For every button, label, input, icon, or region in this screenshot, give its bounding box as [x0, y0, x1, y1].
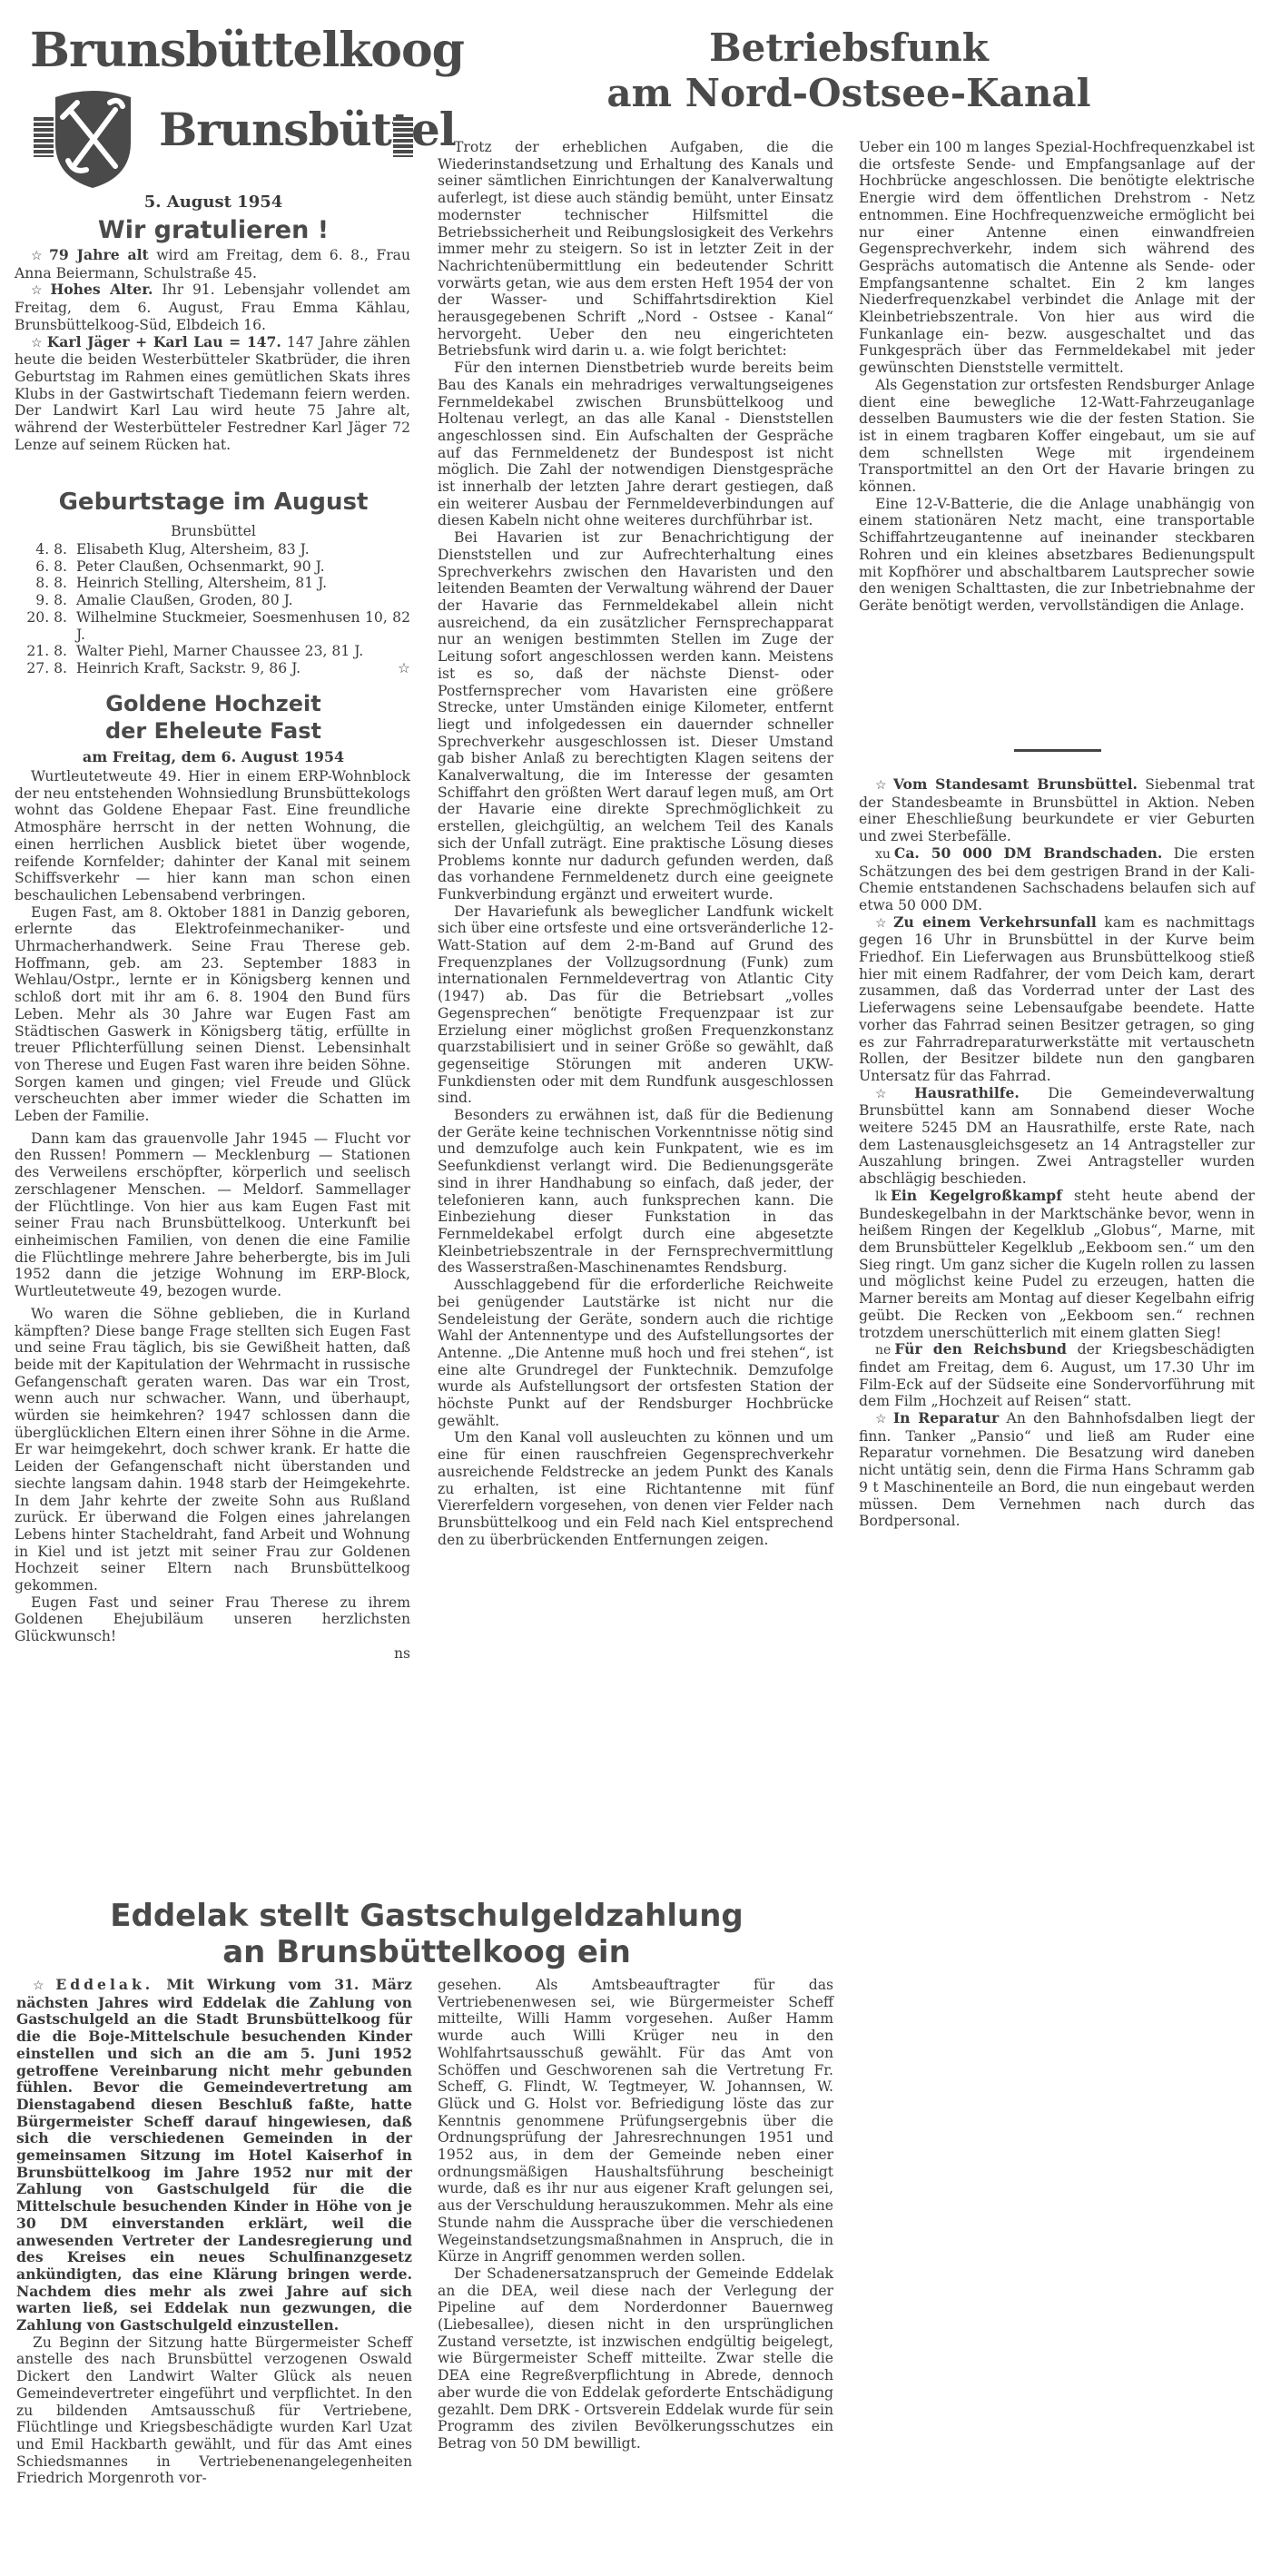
news-item: neFür den Reichsbund der Kriegsbeschädig… — [859, 1341, 1255, 1410]
author-signature: ns — [15, 1645, 410, 1663]
eddelak-heading: Eddelak stellt Gastschulgeldzahlung an B… — [0, 1898, 853, 1970]
hochzeit-article: Wurtleutetweute 49. Hier in einem ERP-Wo… — [15, 768, 410, 1663]
masthead-title: Brunsbüttelkoog — [30, 23, 464, 78]
birthday-list: 4. 8.Elisabeth Klug, Altersheim, 83 J. 6… — [15, 541, 410, 677]
gratulation-section: ☆79 Jahre alt wird am Freitag, dem 6. 8.… — [15, 247, 410, 453]
list-item: 8. 8.Heinrich Stelling, Altersheim, 81 J… — [15, 575, 410, 592]
star-icon: ☆ — [31, 249, 45, 263]
gratulation-item: ☆Hohes Alter. Ihr 91. Lebensjahr vollend… — [15, 281, 410, 333]
newspaper-page: Brunsbüttelkoog Brunsbüttel 5. August 19… — [0, 0, 1271, 2576]
shield-anchor-icon — [50, 88, 136, 190]
news-item: ☆Hausrathilfe. Die Gemeindeverwaltung Br… — [859, 1085, 1255, 1188]
news-item: ☆Vom Standesamt Brunsbüttel. Siebenmal t… — [859, 776, 1255, 845]
news-item: lkEin Kegelgroßkampf steht heute abend d… — [859, 1188, 1255, 1341]
betriebsfunk-column-1: Trotz der erheblichen Aufgaben, die die … — [438, 139, 833, 1548]
news-item: xuCa. 50 000 DM Brandschaden. Die ersten… — [859, 845, 1255, 914]
star-icon: ☆ — [31, 283, 47, 298]
ribbon-right-icon — [393, 117, 413, 157]
masthead: Brunsbüttelkoog Brunsbüttel — [23, 23, 404, 177]
list-item: 20. 8.Wilhelmine Stuckmeier, Soesmenhuse… — [15, 609, 410, 643]
issue-date: 5. August 1954 — [0, 192, 427, 212]
betriebsfunk-heading: Betriebsfunk am Nord-Ostsee-Kanal — [427, 25, 1271, 116]
list-item: 27. 8.Heinrich Kraft, Sackstr. 9, 86 J.☆ — [15, 660, 410, 677]
geburtstage-place: Brunsbüttel — [0, 523, 427, 539]
list-item: 9. 8.Amalie Claußen, Groden, 80 J. — [15, 592, 410, 609]
hochzeit-subtitle: am Freitag, dem 6. August 1954 — [0, 748, 427, 765]
star-icon: ☆ — [398, 660, 410, 677]
betriebsfunk-column-2: Ueber ein 100 m langes Spezial-Hochfrequ… — [859, 139, 1255, 615]
section-divider — [1014, 749, 1101, 752]
eddelak-column-1: ☆Eddelak. Mit Wirkung vom 31. März nächs… — [16, 1977, 412, 2487]
eddelak-column-2: gesehen. Als Amtsbeauftragter für das Ve… — [438, 1977, 833, 2453]
geburtstage-heading: Geburtstage im August — [0, 489, 427, 516]
local-news-column: ☆Vom Standesamt Brunsbüttel. Siebenmal t… — [859, 776, 1255, 1530]
gratulation-item: ☆79 Jahre alt wird am Freitag, dem 6. 8.… — [15, 247, 410, 281]
star-icon: ☆ — [31, 336, 44, 350]
star-icon: ☆ — [33, 1979, 52, 1993]
news-item: ☆Zu einem Verkehrsunfall kam es nachmitt… — [859, 914, 1255, 1085]
gratulation-heading: Wir gratulieren ! — [0, 216, 427, 244]
gratulation-item: ☆Karl Jäger + Karl Lau = 147. 147 Jahre … — [15, 334, 410, 454]
list-item: 6. 8.Peter Claußen, Ochsenmarkt, 90 J. — [15, 558, 410, 576]
list-item: 4. 8.Elisabeth Klug, Altersheim, 83 J. — [15, 541, 410, 558]
hochzeit-heading: Goldene Hochzeit der Eheleute Fast — [0, 690, 427, 745]
news-item: ☆In Reparatur An den Bahnhofsdalben lieg… — [859, 1410, 1255, 1530]
list-item: 21. 8.Walter Piehl, Marner Chaussee 23, … — [15, 643, 410, 660]
